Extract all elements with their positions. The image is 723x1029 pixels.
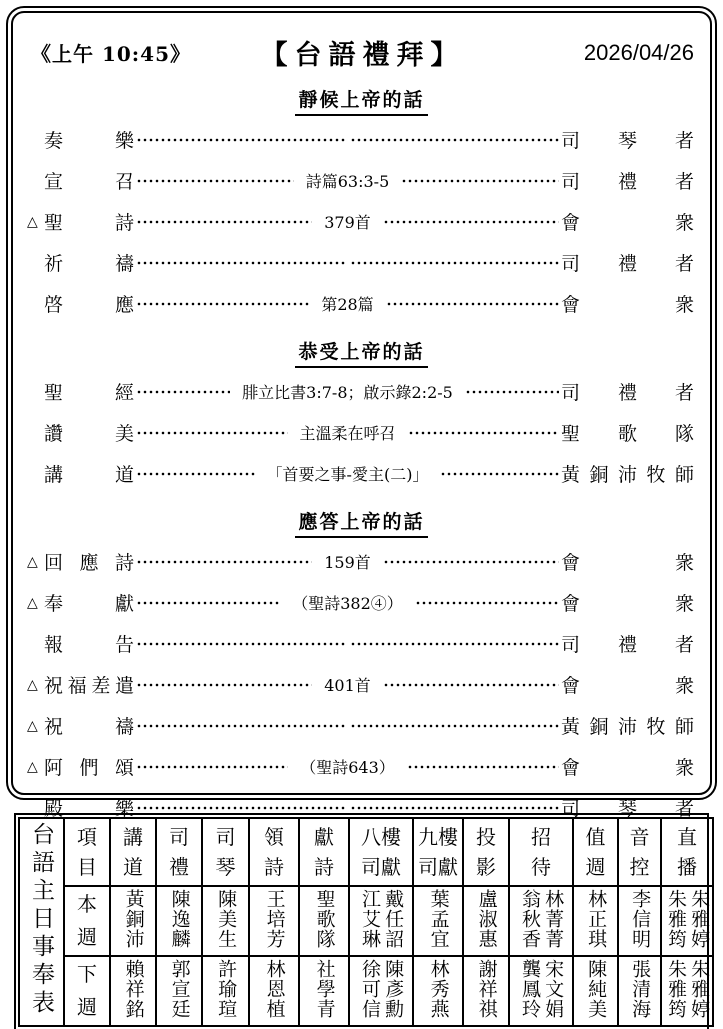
dotted-leader — [383, 541, 559, 582]
duty-cell: 陳美生 — [202, 886, 249, 956]
column-header-pianist: 司 琴 — [202, 818, 249, 886]
dotted-leader — [350, 623, 560, 664]
duty-cell: 社學青 — [299, 956, 349, 1026]
item-assignee: 會衆 — [561, 671, 694, 698]
page-title: 【台語禮拜】 — [216, 33, 509, 72]
item-assignee: 聖歌隊 — [561, 419, 694, 446]
person-name: 盧淑惠 — [474, 889, 497, 949]
item-name: 阿們頌 — [44, 753, 134, 780]
service-date: 2026/04/26 — [509, 40, 694, 66]
item-name: 奏樂 — [44, 126, 134, 153]
duty-table-title-text: 台語主日事奉表 — [25, 822, 58, 1018]
person-name: 郭宣廷 — [167, 959, 190, 1019]
stand-marker: △ — [27, 554, 44, 570]
item-name: 回應詩 — [44, 548, 134, 575]
person-name: 賴祥銘 — [121, 959, 144, 1019]
column-header-ushers: 招 待 — [509, 818, 573, 886]
column-header-song-leader: 領 詩 — [249, 818, 299, 886]
stand-marker: △ — [27, 214, 44, 230]
person-name: 林正琪 — [584, 889, 607, 949]
item-name: 講道 — [44, 460, 134, 487]
item-name: 奉獻 — [44, 589, 134, 616]
item-detail: 「首要之事-愛主(二)」 — [257, 462, 439, 485]
program-row: 報告 司禮者 — [19, 623, 704, 664]
program-row: 奏樂 司琴者 — [19, 119, 704, 160]
service-time: 《上午 10:45》 — [31, 38, 216, 67]
program-row: △ 祝福差遣 401首 會衆 — [19, 664, 704, 705]
duty-cell: 陳純美 — [573, 956, 618, 1026]
person-name: 林秀燕 — [426, 959, 449, 1019]
item-assignee: 黃銅沛牧師 — [561, 712, 694, 739]
item-assignee: 會衆 — [561, 753, 694, 780]
row-label-this-week: 本 週 — [64, 886, 110, 956]
stand-marker: △ — [27, 718, 44, 734]
item-assignee: 司琴者 — [561, 126, 694, 153]
section-title-receiving: 恭受上帝的話 — [19, 337, 704, 368]
dotted-leader — [136, 664, 312, 705]
person-name: 陳彥勳 徐可信 — [358, 959, 404, 1019]
person-name: 聖歌隊 — [312, 889, 335, 949]
program-header: 《上午 10:45》 【台語禮拜】 2026/04/26 — [19, 19, 704, 72]
column-header-anthem: 獻 詩 — [299, 818, 349, 886]
duty-cell: 朱雅婷 朱雅筠 — [661, 886, 713, 956]
dotted-leader — [350, 705, 560, 746]
stand-marker: △ — [27, 759, 44, 775]
dotted-leader — [136, 412, 288, 453]
person-name: 李信明 — [628, 889, 651, 949]
item-detail: 401首 — [314, 673, 381, 696]
dotted-leader — [136, 705, 346, 746]
item-detail: （聖詩643） — [290, 755, 405, 778]
person-name: 林恩植 — [262, 959, 285, 1019]
dotted-leader — [415, 582, 559, 623]
person-name: 朱雅婷 朱雅筠 — [664, 889, 710, 949]
item-assignee: 會衆 — [561, 208, 694, 235]
person-name: 戴任詔 江艾琳 — [358, 889, 404, 949]
person-name: 陳純美 — [584, 959, 607, 1019]
dotted-leader — [136, 119, 346, 160]
dotted-leader — [401, 160, 559, 201]
item-name: 祝福差遣 — [44, 671, 134, 698]
item-assignee: 司禮者 — [561, 630, 694, 657]
duty-cell: 林秀燕 — [413, 956, 463, 1026]
column-header-offering-8f: 八樓 司獻 — [349, 818, 413, 886]
duty-table: 台語主日事奉表 項 目 講 道 司 禮 司 琴 領 詩 獻 詩 八樓 司獻 九樓… — [18, 817, 714, 1027]
person-name: 葉孟宜 — [426, 889, 449, 949]
section-title-responding: 應答上帝的話 — [19, 507, 704, 538]
column-header-duty-week: 值 週 — [573, 818, 618, 886]
duty-cell: 林菁菁 翁秋香 — [509, 886, 573, 956]
item-name: 宣召 — [44, 167, 134, 194]
program-box: 《上午 10:45》 【台語禮拜】 2026/04/26 靜候上帝的話 奏樂 司… — [6, 6, 717, 800]
bulletin-page: 《上午 10:45》 【台語禮拜】 2026/04/26 靜候上帝的話 奏樂 司… — [0, 0, 723, 1029]
dotted-leader — [407, 746, 559, 787]
duty-cell: 謝祥祺 — [463, 956, 509, 1026]
item-assignee: 司琴者 — [561, 794, 694, 821]
item-detail: 詩篇63:3-5 — [296, 169, 400, 192]
program-row: 讚美 主溫柔在呼召 聖歌隊 — [19, 412, 704, 453]
duty-cell: 王培芳 — [249, 886, 299, 956]
program-row: △ 祝禱 黃銅沛牧師 — [19, 705, 704, 746]
program-row: 啓應 第28篇 會衆 — [19, 283, 704, 324]
duty-cell: 戴任詔 江艾琳 — [349, 886, 413, 956]
duty-row-this-week: 本 週 黃銅沛 陳逸麟 陳美生 王培芳 聖歌隊 戴任詔 江艾琳 葉孟宜 盧淑惠 … — [19, 886, 713, 956]
dotted-leader — [465, 371, 559, 412]
item-assignee: 會衆 — [561, 589, 694, 616]
column-header-offering-9f: 九樓 司獻 — [413, 818, 463, 886]
item-name: 讚美 — [44, 419, 134, 446]
item-name: 聖詩 — [44, 208, 134, 235]
duty-cell: 林恩植 — [249, 956, 299, 1026]
dotted-leader — [136, 160, 294, 201]
person-name: 許瑜瑄 — [214, 959, 237, 1019]
item-assignee: 黃銅沛牧師 — [561, 460, 694, 487]
duty-row-next-week: 下 週 賴祥銘 郭宣廷 許瑜瑄 林恩植 社學青 陳彥勳 徐可信 林秀燕 謝祥祺 … — [19, 956, 713, 1026]
person-name: 謝祥祺 — [474, 959, 497, 1019]
dotted-leader — [408, 412, 560, 453]
dotted-leader — [136, 242, 346, 283]
duty-cell: 張清海 — [618, 956, 661, 1026]
person-name: 林菁菁 翁秋香 — [518, 889, 564, 949]
duty-cell: 宋文娟 龔鳳玲 — [509, 956, 573, 1026]
dotted-leader — [136, 582, 280, 623]
duty-cell: 朱雅婷 朱雅筠 — [661, 956, 713, 1026]
duty-cell: 郭宣廷 — [156, 956, 202, 1026]
duty-cell: 盧淑惠 — [463, 886, 509, 956]
item-name: 祈禱 — [44, 249, 134, 276]
stand-marker: △ — [27, 595, 44, 611]
dotted-leader — [386, 283, 559, 324]
person-name: 陳逸麟 — [167, 889, 190, 949]
section-title-waiting: 靜候上帝的話 — [19, 85, 704, 116]
column-header-item: 項 目 — [64, 818, 110, 886]
dotted-leader — [136, 283, 309, 324]
item-detail: 主溫柔在呼召 — [290, 421, 406, 444]
dotted-leader — [136, 541, 312, 582]
person-name: 宋文娟 龔鳳玲 — [518, 959, 564, 1019]
duty-table-box: 台語主日事奉表 項 目 講 道 司 禮 司 琴 領 詩 獻 詩 八樓 司獻 九樓… — [14, 813, 709, 1029]
person-name: 張清海 — [628, 959, 651, 1019]
dotted-leader — [350, 119, 560, 160]
dotted-leader — [136, 371, 230, 412]
item-detail: 腓立比書3:7-8；啟示錄2:2-5 — [232, 380, 463, 403]
dotted-leader — [440, 453, 559, 494]
program-row: 聖經 腓立比書3:7-8；啟示錄2:2-5 司禮者 — [19, 371, 704, 412]
duty-cell: 黃銅沛 — [110, 886, 156, 956]
item-assignee: 會衆 — [561, 548, 694, 575]
item-detail: （聖詩382④） — [282, 591, 413, 614]
program-row: 祈禱 司禮者 — [19, 242, 704, 283]
dotted-leader — [136, 201, 312, 242]
duty-cell: 許瑜瑄 — [202, 956, 249, 1026]
program-row: 宣召 詩篇63:3-5 司禮者 — [19, 160, 704, 201]
person-name: 陳美生 — [214, 889, 237, 949]
item-assignee: 司禮者 — [561, 167, 694, 194]
dotted-leader — [350, 242, 560, 283]
item-assignee: 司禮者 — [561, 249, 694, 276]
duty-cell: 陳彥勳 徐可信 — [349, 956, 413, 1026]
dotted-leader — [136, 623, 346, 664]
program-box-inner: 《上午 10:45》 【台語禮拜】 2026/04/26 靜候上帝的話 奏樂 司… — [11, 11, 712, 795]
duty-table-title: 台語主日事奉表 — [19, 818, 64, 1026]
duty-cell: 陳逸麟 — [156, 886, 202, 956]
column-header-liturgist: 司 禮 — [156, 818, 202, 886]
column-header-livestream: 直 播 — [661, 818, 713, 886]
person-name: 社學青 — [312, 959, 335, 1019]
row-label-next-week: 下 週 — [64, 956, 110, 1026]
dotted-leader — [383, 201, 559, 242]
item-detail: 379首 — [314, 210, 381, 233]
item-name: 殿樂 — [44, 794, 134, 821]
duty-cell: 聖歌隊 — [299, 886, 349, 956]
program-row: △ 聖詩 379首 會衆 — [19, 201, 704, 242]
dotted-leader — [136, 453, 255, 494]
person-name: 朱雅婷 朱雅筠 — [664, 959, 710, 1019]
duty-cell: 林正琪 — [573, 886, 618, 956]
dotted-leader — [383, 664, 559, 705]
program-row: △ 回應詩 159首 會衆 — [19, 541, 704, 582]
duty-cell: 賴祥銘 — [110, 956, 156, 1026]
column-header-sermon: 講 道 — [110, 818, 156, 886]
item-name: 啓應 — [44, 290, 134, 317]
dotted-leader — [136, 746, 288, 787]
stand-marker: △ — [27, 677, 44, 693]
person-name: 黃銅沛 — [121, 889, 144, 949]
item-detail: 159首 — [314, 550, 381, 573]
item-name: 聖經 — [44, 378, 134, 405]
item-detail: 第28篇 — [311, 292, 383, 315]
item-assignee: 司禮者 — [561, 378, 694, 405]
duty-cell: 葉孟宜 — [413, 886, 463, 956]
item-name: 祝禱 — [44, 712, 134, 739]
item-name: 報告 — [44, 630, 134, 657]
person-name: 王培芳 — [262, 889, 285, 949]
item-assignee: 會衆 — [561, 290, 694, 317]
program-row: 講道 「首要之事-愛主(二)」 黃銅沛牧師 — [19, 453, 704, 494]
program-row: △ 奉獻 （聖詩382④） 會衆 — [19, 582, 704, 623]
column-header-audio: 音 控 — [618, 818, 661, 886]
duty-cell: 李信明 — [618, 886, 661, 956]
program-row: △ 阿們頌 （聖詩643） 會衆 — [19, 746, 704, 787]
column-header-projection: 投 影 — [463, 818, 509, 886]
